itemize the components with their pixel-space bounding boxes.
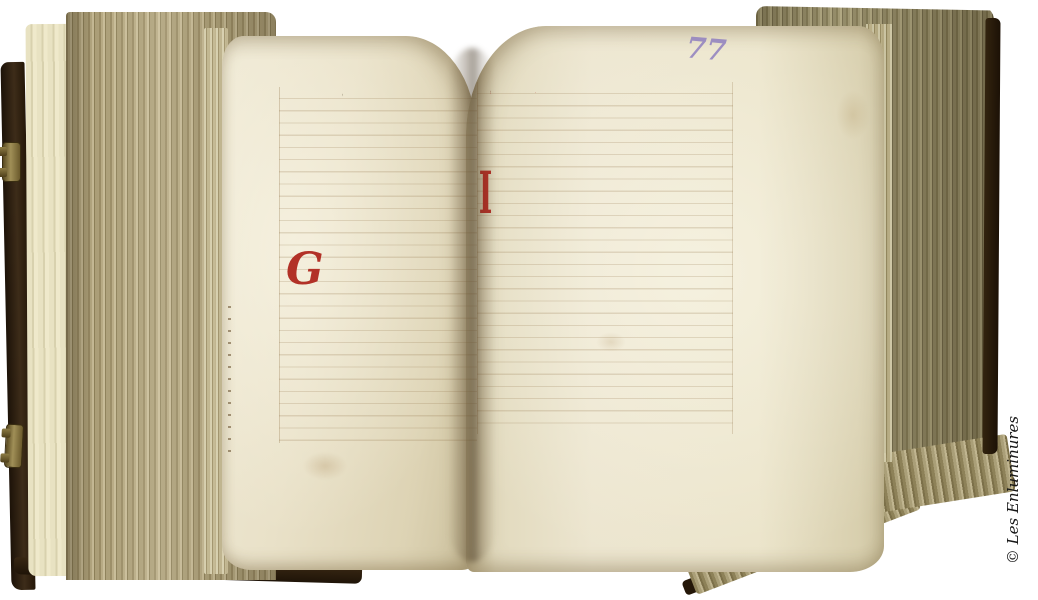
text-line: cappelain der dae was eyn vernuftich <box>478 86 491 98</box>
right-cover-edge <box>982 18 1000 454</box>
manuscript-book-photo: dat he sich numme in diese wordeverstoin… <box>0 0 1038 600</box>
manuscript-text-right: ind der heiliger kirchen dat imeinge ind… <box>478 82 736 437</box>
brass-clasp-bottom <box>4 424 24 469</box>
brass-clasp-top <box>2 142 21 182</box>
parchment-stain <box>836 90 870 140</box>
parchment-stain <box>303 452 347 480</box>
rubricated-initial-i: I <box>479 164 493 222</box>
pricking-marks <box>228 306 231 458</box>
rubricated-initial-g: G <box>286 248 324 292</box>
credit-watermark: © Les Enluminures <box>1004 416 1022 564</box>
text-line: des almechtigen vaders de <box>285 88 343 101</box>
folio-number: 77 <box>685 32 728 65</box>
